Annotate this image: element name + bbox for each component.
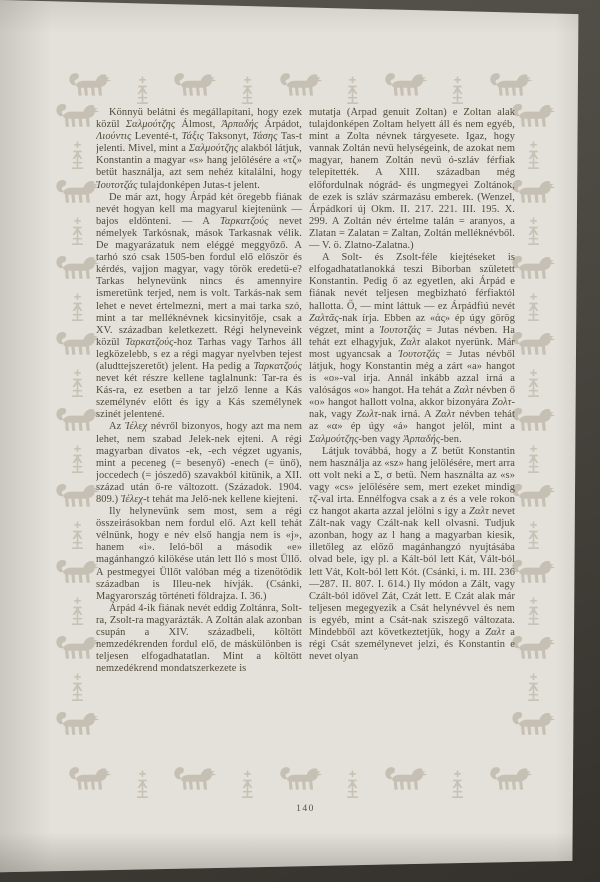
tree-of-life-icon <box>135 769 150 802</box>
lion-icon <box>508 98 558 138</box>
lion-icon <box>52 174 102 214</box>
text-paragraph: Könnyü belátni és megállapítani, hogy ez… <box>96 107 302 192</box>
tree-of-life-icon <box>70 596 85 629</box>
tree-of-life-icon <box>526 672 541 705</box>
tree-of-life-icon <box>70 520 85 553</box>
tree-of-life-icon <box>450 769 465 802</box>
lion-icon <box>52 706 102 746</box>
text-paragraph: Ily helynevünk sem most, sem a régi össz… <box>96 506 302 603</box>
lion-icon <box>52 98 102 138</box>
tree-of-life-icon <box>345 769 360 802</box>
lion-icon <box>52 554 102 594</box>
text-paragraph: De már azt, hogy Árpád két öregebb fiána… <box>96 192 302 422</box>
text-paragraph: Az Ἰέλεχ névről bizonyos, hogy azt ma ne… <box>96 421 302 506</box>
lion-icon <box>382 66 429 108</box>
lion-icon <box>508 554 558 594</box>
lion-icon <box>171 66 218 108</box>
tree-of-life-icon <box>526 520 541 553</box>
tree-of-life-icon <box>526 596 541 629</box>
text-paragraph: mutatja (Árpad genuit Zoltan) e Zoltan a… <box>309 107 515 252</box>
text-column-right: mutatja (Árpad genuit Zoltan) e Zoltan a… <box>309 107 515 769</box>
lion-icon <box>52 250 102 290</box>
tree-of-life-icon <box>135 75 150 108</box>
lion-icon <box>508 478 558 518</box>
lion-icon <box>508 250 558 290</box>
tree-of-life-icon <box>345 75 360 108</box>
lion-icon <box>52 326 102 366</box>
lion-icon <box>508 402 558 442</box>
tree-of-life-icon <box>70 216 85 249</box>
tree-of-life-icon <box>70 368 85 401</box>
text-column-left: Könnyü belátni és megállapítani, hogy ez… <box>96 107 302 769</box>
lion-icon <box>277 66 324 108</box>
tree-of-life-icon <box>526 368 541 401</box>
book-page: Könnyü belátni és megállapítani, hogy ez… <box>0 0 600 882</box>
lion-icon <box>52 402 102 442</box>
text-paragraph: Látjuk továbbá, hogy a Z betüt Konstanti… <box>309 446 515 664</box>
lion-icon <box>52 630 102 670</box>
tree-of-life-icon <box>240 75 255 108</box>
lion-icon <box>508 326 558 366</box>
tree-of-life-icon <box>70 672 85 705</box>
tree-of-life-icon <box>240 769 255 802</box>
tree-of-life-icon <box>70 292 85 325</box>
lion-icon <box>508 706 558 746</box>
tree-of-life-icon <box>526 216 541 249</box>
text-paragraph: A Solt- és Zsolt-féle kiejtéseket is elf… <box>309 252 515 446</box>
page-number: 140 <box>96 804 515 814</box>
tree-of-life-icon <box>526 292 541 325</box>
text-paragraph: Árpád 4-ik fiának nevét eddig Zoltánra, … <box>96 603 302 676</box>
tree-of-life-icon <box>526 444 541 477</box>
lion-icon <box>508 630 558 670</box>
lion-icon <box>508 174 558 214</box>
tree-of-life-icon <box>526 140 541 173</box>
tree-of-life-icon <box>70 444 85 477</box>
tree-of-life-icon <box>450 75 465 108</box>
ornament-border-top <box>66 54 534 108</box>
lion-icon <box>52 478 102 518</box>
tree-of-life-icon <box>70 140 85 173</box>
